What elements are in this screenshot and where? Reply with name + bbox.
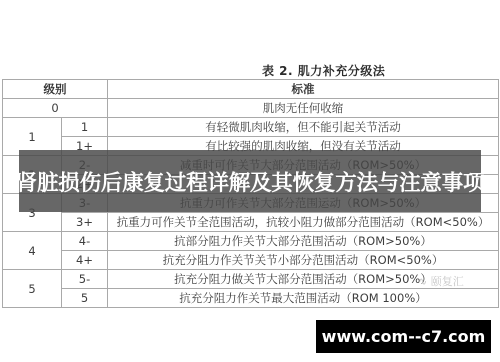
header-criteria: 标准	[108, 80, 499, 99]
sublevel-cell: 4+	[62, 251, 108, 270]
table-caption: 表 2. 肌力补充分级法	[262, 62, 385, 79]
criteria-cell: 肌肉无任何收缩	[108, 99, 499, 118]
table-row: 5 抗充分阻力作关节最大范围活动（ROM 100%）	[3, 289, 499, 308]
sublevel-cell: 1	[62, 118, 108, 137]
watermark-logo-icon: ∿	[418, 275, 427, 288]
source-watermark: ∿ 颐复汇	[418, 273, 464, 289]
criteria-cell: 抗部分阻力作关节大部分范围活动（ROM>50%）	[108, 232, 499, 251]
criteria-cell: 抗充分阻力作关节最大范围活动（ROM 100%）	[108, 289, 499, 308]
header-level: 级别	[3, 80, 108, 99]
sublevel-cell: 4-	[62, 232, 108, 251]
headline-text: 肾脏损伤后康复过程详解及其恢复方法与注意事项	[16, 166, 485, 197]
sublevel-cell: 5	[62, 289, 108, 308]
table-row: 0 肌肉无任何收缩	[3, 99, 499, 118]
criteria-cell: 有轻微肌肉收缩，但不能引起关节活动	[108, 118, 499, 137]
level-cell: 0	[3, 99, 108, 118]
table-row: 3+ 抗重力可作关节全范围活动，抗较小阻力做部分范围活动（ROM<50%）	[3, 213, 499, 232]
table-row: 4 4- 抗部分阻力作关节大部分范围活动（ROM>50%）	[3, 232, 499, 251]
criteria-cell: 抗重力可作关节全范围活动，抗较小阻力做部分范围活动（ROM<50%）	[108, 213, 499, 232]
headline-banner: 肾脏损伤后康复过程详解及其恢复方法与注意事项	[19, 150, 481, 212]
level-group-cell: 5	[3, 270, 62, 308]
table-row: 4+ 抗充分阻力作关节关节小部分范围活动（ROM<50%）	[3, 251, 499, 270]
criteria-cell: 抗充分阻力作关节关节小部分范围活动（ROM<50%）	[108, 251, 499, 270]
level-group-cell: 4	[3, 232, 62, 270]
sublevel-cell: 5-	[62, 270, 108, 289]
table-row: 1 1 有轻微肌肉收缩，但不能引起关节活动	[3, 118, 499, 137]
table-header-row: 级别 标准	[3, 80, 499, 99]
url-watermark: www.com--c7.com	[316, 320, 491, 353]
sublevel-cell: 3+	[62, 213, 108, 232]
